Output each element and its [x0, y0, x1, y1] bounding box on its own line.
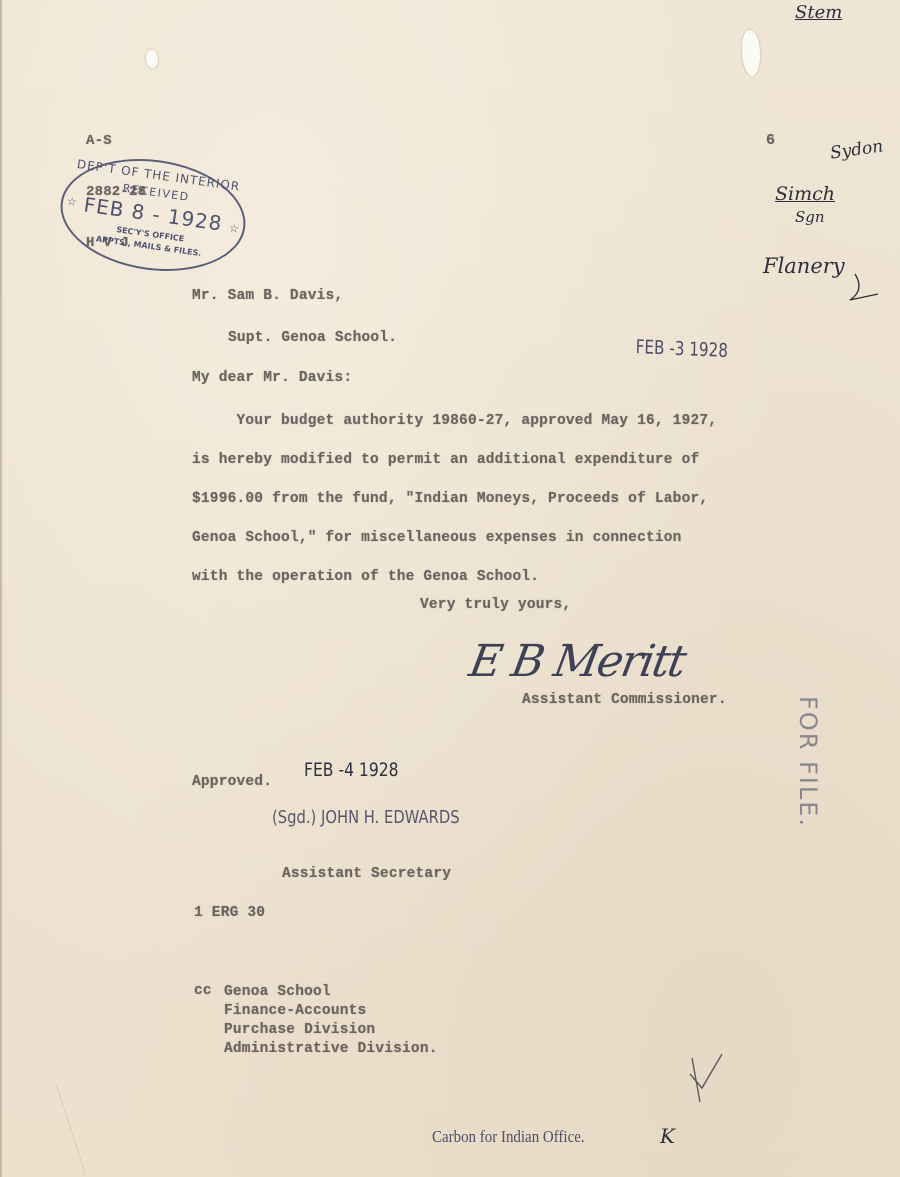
- cc-recipient: Purchase Division: [224, 1021, 438, 1040]
- file-ref-line1: A-S: [86, 133, 146, 150]
- addressee-name: Mr. Sam B. Davis,: [192, 288, 343, 304]
- cc-recipient: Genoa School: [224, 983, 438, 1002]
- page-number: 6: [766, 132, 775, 149]
- body-line: is hereby modified to permit an addition…: [192, 441, 717, 480]
- handwritten-initial-stem: Stem: [795, 2, 842, 23]
- pen-flourish: [820, 270, 880, 306]
- cc-recipient: Administrative Division.: [224, 1040, 438, 1059]
- paper-tear-right: [742, 30, 760, 76]
- received-stamp: DEP'T OF THE INTERIOR RECEIVED FEB 8 - 1…: [53, 148, 252, 283]
- body-line: Your budget authority 19860-27, approved…: [192, 402, 717, 441]
- date-stamp: FEB -3 1928: [635, 336, 728, 362]
- cc-list: Genoa School Finance-Accounts Purchase D…: [224, 983, 438, 1059]
- carbon-note: Carbon for Indian Office.: [432, 1127, 585, 1147]
- body-line: $1996.00 from the fund, "Indian Moneys, …: [192, 480, 717, 519]
- handwritten-initial-sydon: Sydon: [829, 136, 885, 163]
- body-line: Genoa School," for miscellaneous expense…: [192, 519, 717, 558]
- for-file-stamp: FOR FILE.: [794, 696, 822, 828]
- paper-edge: [0, 0, 3, 1177]
- approval-date-stamp: FEB -4 1928: [304, 759, 399, 781]
- signature: E B Meritt: [466, 636, 689, 687]
- handwritten-initial-sgn: Sgn: [795, 208, 825, 226]
- typist-reference: 1 ERG 30: [194, 905, 265, 921]
- approval-signed-name: (Sgd.) JOHN H. EDWARDS: [272, 807, 460, 828]
- letter-body: Your budget authority 19860-27, approved…: [192, 402, 717, 597]
- paper-crease: [55, 1082, 86, 1175]
- closing: Very truly yours,: [420, 597, 571, 613]
- signer-title: Assistant Commissioner.: [522, 692, 727, 708]
- paper-tear-left: [146, 50, 158, 68]
- addressee-title: Supt. Genoa School.: [228, 330, 397, 346]
- salutation: My dear Mr. Davis:: [192, 370, 352, 386]
- check-mark-icon: [688, 1052, 728, 1112]
- cc-recipient: Finance-Accounts: [224, 1002, 438, 1021]
- approval-title: Assistant Secretary: [282, 866, 451, 882]
- handwritten-initial-simch: Simch: [775, 183, 835, 205]
- pencil-mark: K: [660, 1124, 675, 1148]
- cc-prefix: cc: [194, 983, 212, 999]
- approved-label: Approved.: [192, 774, 272, 790]
- body-line: with the operation of the Genoa School.: [192, 558, 717, 597]
